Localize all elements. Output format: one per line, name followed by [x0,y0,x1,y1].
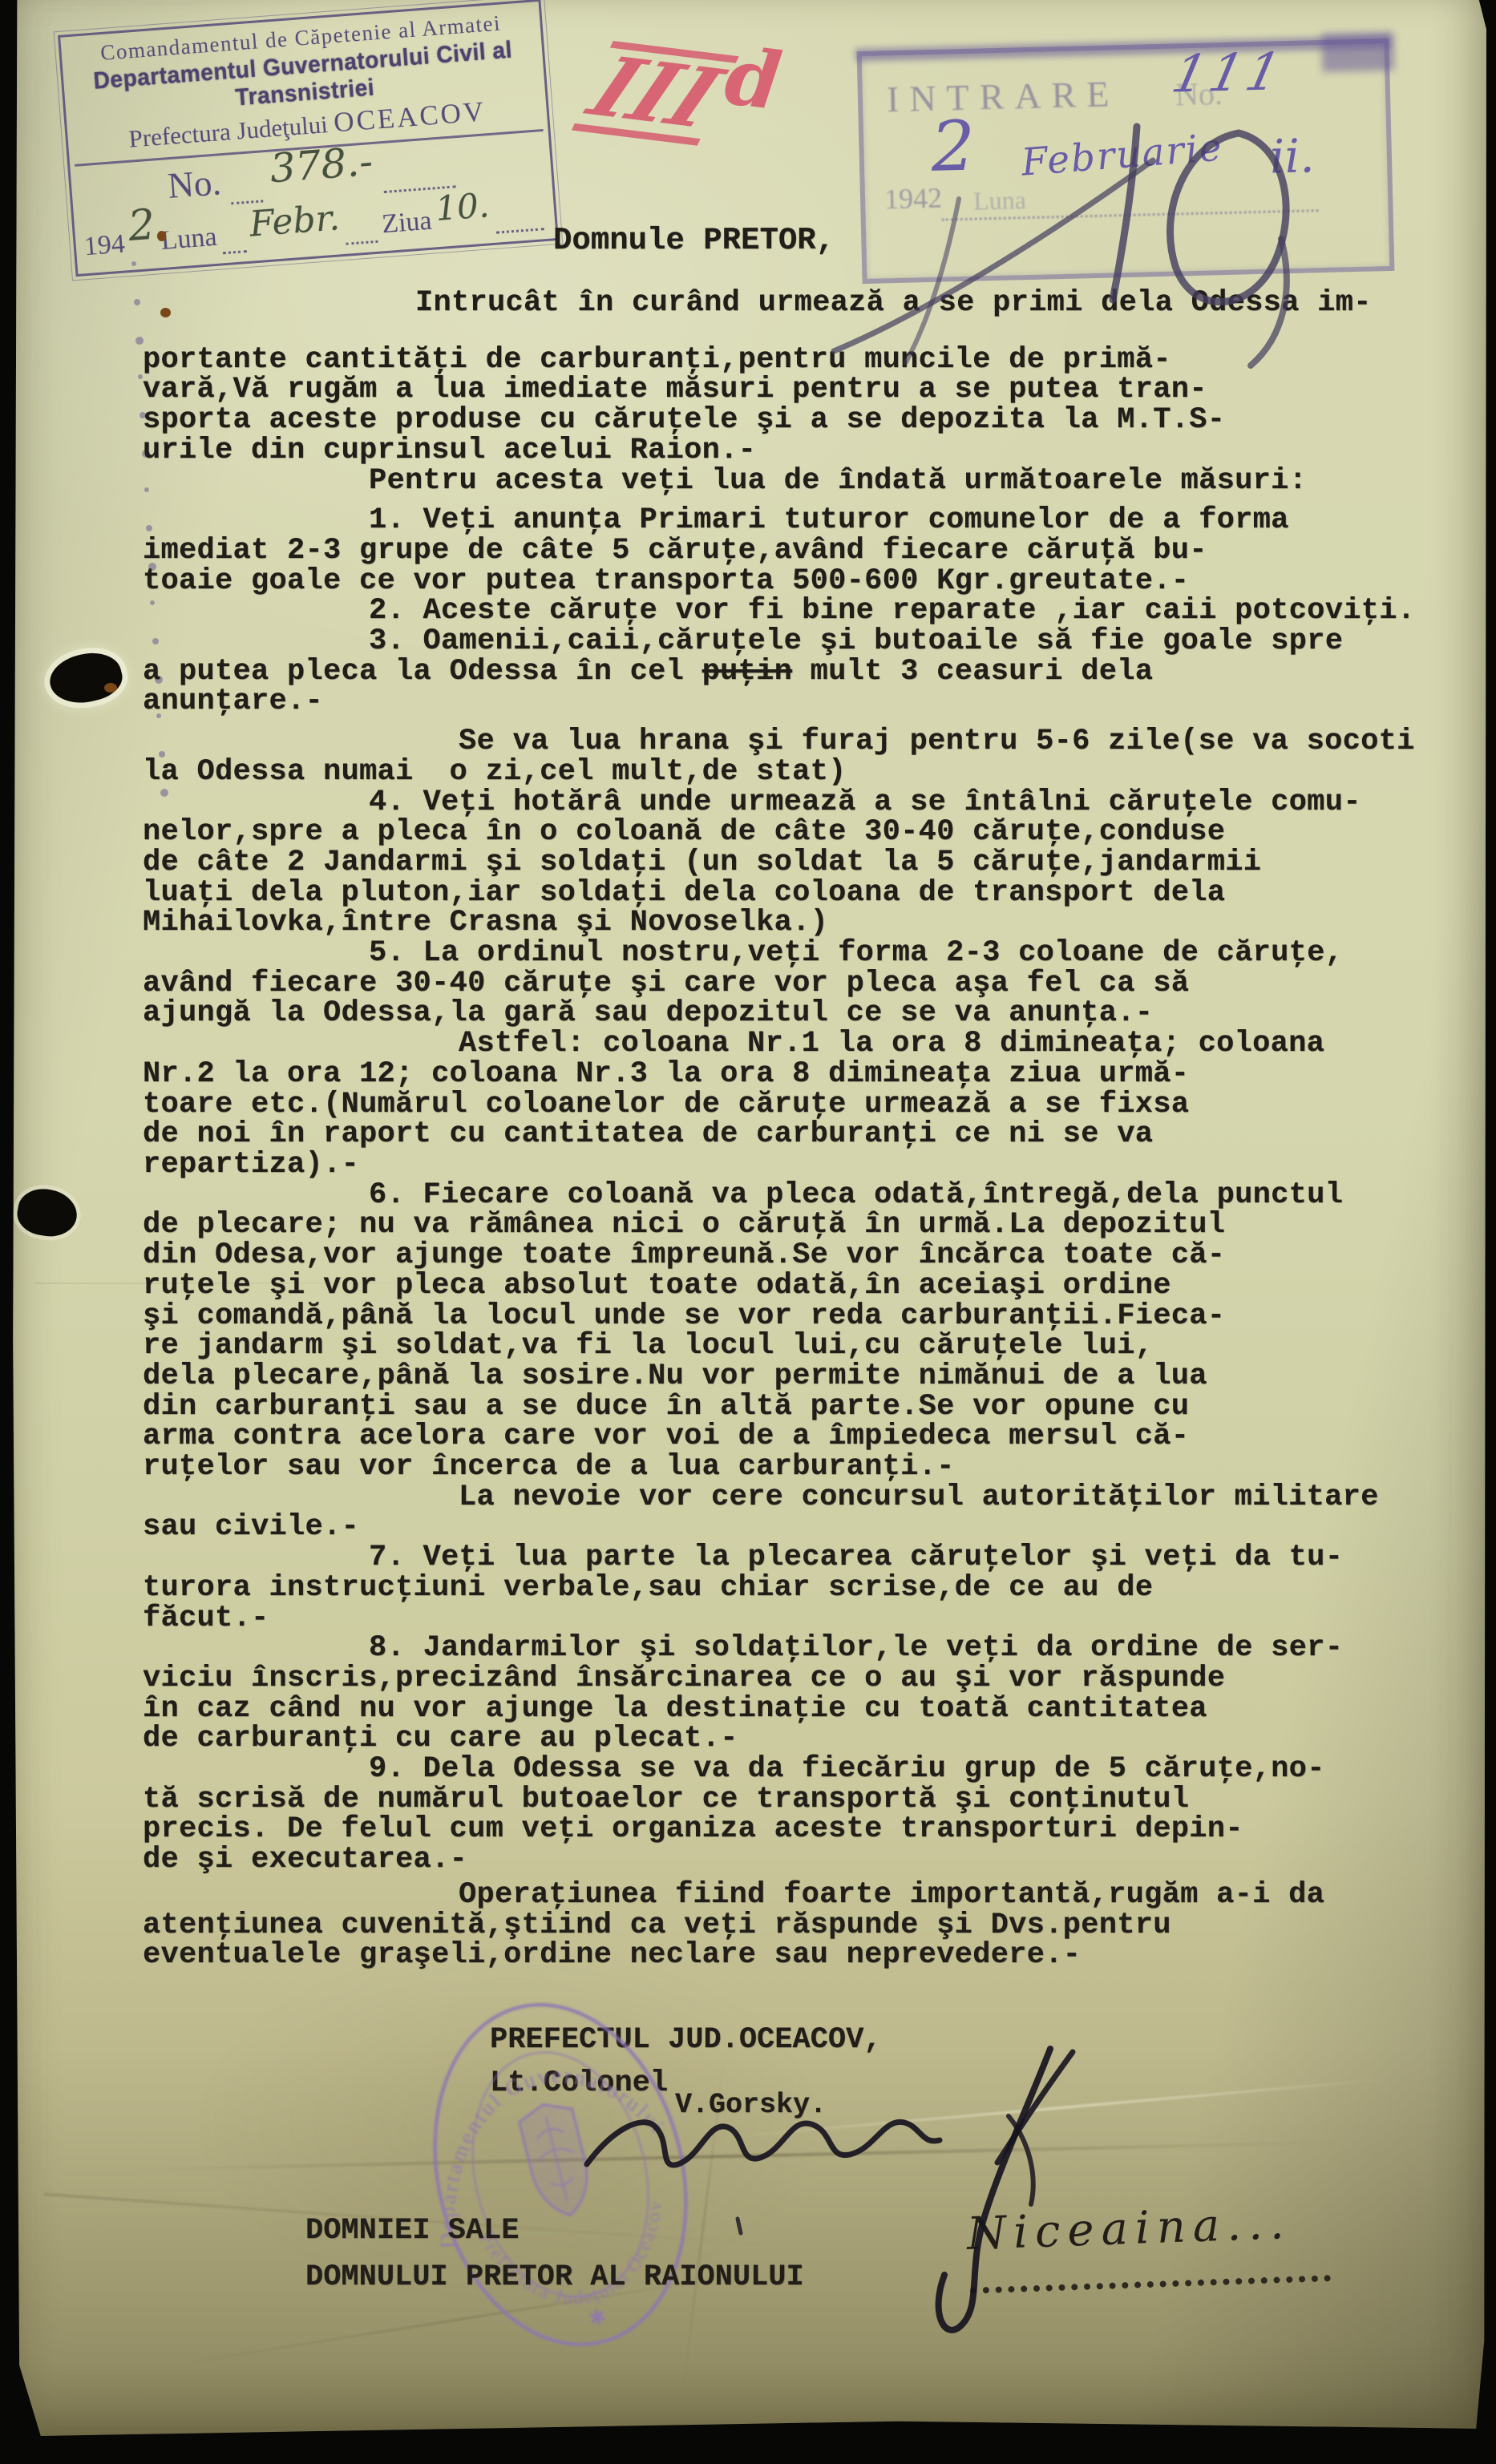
body-line: re jandarm şi soldat,va fi la locul lui,… [143,1331,1313,1362]
body-text: 4. Veţi hotărâ unde urmează a se întâlni… [369,786,1361,819]
body-line: Intrucât în curând urmează a se primi de… [143,289,1313,319]
registry-month-value: Febr. [248,197,341,244]
footer-addressee-line1: DOMNIEI SALE [305,2214,519,2248]
signature-typed-name: V.Gorsky. [675,2089,827,2121]
body-line: sporta aceste produse cu căruţele şi a s… [143,406,1313,436]
body-text: ruţele şi vor pleca absolut toate odată,… [143,1269,1171,1303]
punch-hole [14,1185,81,1241]
body-text: 2. Aceste căruţe vor fi bine reparate ,i… [369,594,1415,628]
body-text: dela plecare,până la sosire.Nu vor permi… [143,1359,1207,1393]
body-line: de carburanţi cu care au plecat.- [143,1724,1313,1755]
registry-day-value: 10. [435,185,491,228]
body-text: anunţare.- [143,685,323,718]
body-line: din carburanţi sau a se duce în altă par… [143,1392,1313,1423]
body-line: toare etc.(Numărul coloanelor de căruţe … [143,1090,1313,1121]
entry-month-handwritten: Februarie [1020,126,1224,185]
body-line: sau civile.- [143,1513,1313,1543]
body-text: urile din cuprinsul acelui Raion.- [143,434,756,467]
body-text: 1. Veţi anunţa Primari tuturor comunelor… [369,503,1289,537]
body-text: re jandarm şi soldat,va fi la locul lui,… [143,1329,1153,1363]
body-line: vară,Vă rugăm a lua imediate măsuri pent… [143,375,1313,406]
body-line: 3. Oamenii,caii,căruţele şi butoaile să … [143,627,1313,657]
punch-hole [45,646,127,710]
signature-title: PREFECTUL JUD.OCEACOV, [490,2023,881,2057]
margin-dot [134,299,140,305]
body-line: turora instrucţiuni verbale,sau chiar sc… [143,1573,1313,1604]
round-stamp-inner-text: Prefectura Judeţului Oceacov [472,2186,687,2331]
body-text: 7. Veţi lua parte la plecarea căruţelor … [369,1541,1343,1574]
signature-rank: Lt.Colonel [490,2066,668,2100]
body-text: tă scrisă de numărul butoaelor ce transp… [143,1783,1189,1816]
body-line: ajungă la Odessa,la gară sau depozitul c… [143,999,1313,1029]
scanned-document-page: Comandamentul de Căpetenie al Armatei De… [0,0,1496,2464]
body-line: imediat 2-3 grupe de câte 5 căruţe,având… [143,536,1313,567]
body-text: precis. De felul cum veţi organiza acest… [143,1812,1243,1846]
body-line: luaţi dela pluton,iar soldaţi dela coloa… [143,879,1313,909]
body-text: vară,Vă rugăm a lua imediate măsuri pent… [143,373,1207,406]
red-annotation-numeral: III [572,41,739,146]
body-text: toaie goale ce vor putea transporta 500-… [143,564,1189,598]
body-text: şi comandă,până la locul unde se vor red… [143,1299,1225,1333]
body-line: nelor,spre a pleca în o coloană de câte … [143,818,1313,848]
entry-reg-number-handwritten: 111 [1166,42,1290,105]
body-line: Nr.2 la ora 12; coloana Nr.3 la ora 8 di… [143,1060,1313,1090]
body-line: de câte 2 Jandarmi şi soldaţi (un soldat… [143,848,1313,879]
body-line: 8. Jandarmilor şi soldaţilor,le veţi da … [143,1634,1313,1664]
body-text: Nr.2 la ora 12; coloana Nr.3 la ora 8 di… [143,1057,1189,1091]
body-text: toare etc.(Numărul coloanelor de căruţe … [143,1088,1189,1121]
body-line: precis. De felul cum veţi organiza acest… [143,1815,1313,1845]
entry-suffix-handwritten: ii. [1269,128,1315,184]
body-text: de noi în raport cu cantitatea de carbur… [143,1117,1153,1151]
footer-handwritten-name: Niceaina... [966,2197,1292,2260]
body-text: Astfel: coloana Nr.1 la ora 8 dimineaţa;… [459,1027,1324,1060]
body-text: 8. Jandarmilor şi soldaţilor,le veţi da … [369,1631,1343,1665]
body-line: viciu înscris,precizând însărcinarea ce … [143,1664,1313,1695]
registry-day-label: Ziua [381,206,433,240]
body-line: 1. Veţi anunţa Primari tuturor comunelor… [143,506,1313,536]
entry-stamp: INTRARE No. 1942 Luna 111 2 Februarie ii… [857,38,1395,284]
body-text: în caz când nu vor ajunge la destinaţie … [143,1692,1207,1726]
body-text: 5. La ordinul nostru,veţi forma 2-3 colo… [369,936,1343,970]
stamp-ink-smear [1321,32,1394,72]
body-text: 3. Oamenii,caii,căruţele şi butoaile să … [369,624,1343,658]
entry-day-handwritten: 2 [930,107,976,188]
registry-year-printed: 194 [83,229,126,263]
body-text: sau civile.- [143,1510,359,1544]
body-text: portante cantităţi de carburanţi,pentru … [143,343,1171,377]
body-text: nelor,spre a pleca în o coloană de câte … [143,815,1225,849]
body-text: ruţelor sau vor încerca de a lua carbura… [143,1450,955,1484]
body-line: făcut.- [143,1604,1313,1634]
stamp-ink-smear [855,35,1390,62]
body-text: din carburanţi sau a se duce în altă par… [143,1390,1189,1424]
rust-speck [104,683,117,693]
body-line: dela plecare,până la sosire.Nu vor permi… [143,1362,1313,1392]
paper-crease [734,2078,1389,2137]
body-text: sporta aceste produse cu căruţele şi a s… [143,403,1225,437]
footer-dotted-underline [970,2275,1331,2294]
body-text: repartiza).- [143,1148,359,1182]
body-line: 2. Aceste căruţe vor fi bine reparate ,i… [143,596,1313,627]
body-line: Mihailovka,între Crasna şi Novoselka.) [143,908,1313,939]
body-line: la Odessa numai o zi,cel mult,de stat) [143,757,1313,788]
body-text: 9. Dela Odessa se va da fiecăriu grup de… [369,1752,1325,1786]
body-line: atenţiunea cuvenită,ştiind ca veţi răspu… [143,1911,1313,1941]
body-text: a putea pleca la Odessa în cel [143,655,702,689]
body-text: la Odessa numai o zi,cel mult,de stat) [143,755,847,789]
body-line: Se va lua hrana şi furaj pentru 5-6 zile… [143,727,1313,757]
body-text: eventualele graşeli,ordine neclare sau n… [143,1938,1081,1972]
body-text: Se va lua hrana şi furaj pentru 5-6 zile… [459,725,1415,758]
body-text: de plecare; nu va rămânea nici o căruţă … [143,1208,1225,1242]
body-line: în caz când nu vor ajunge la destinaţie … [143,1695,1313,1725]
body-text: Pentru acesta veţi lua de îndată următoa… [369,464,1307,498]
body-line: 9. Dela Odessa se va da fiecăriu grup de… [143,1755,1313,1785]
body-line: repartiza).- [143,1150,1313,1181]
body-text: luaţi dela pluton,iar soldaţi dela coloa… [143,876,1225,910]
body-text: de şi executarea.- [143,1843,467,1876]
registry-stamp: Comandamentul de Căpetenie al Armatei De… [58,0,559,277]
body-line: urile din cuprinsul acelui Raion.- [143,436,1313,467]
red-annotation-letter: d [721,30,786,128]
body-text: Mihailovka,între Crasna şi Novoselka.) [143,906,828,939]
body-line: având fiecare 30-40 căruţe şi care vor p… [143,969,1313,1000]
body-line: arma contra acelora care vor voi de a îm… [143,1422,1313,1452]
body-text: de carburanţi cu care au plecat.- [143,1722,738,1755]
body-text: de câte 2 Jandarmi şi soldaţi (un soldat… [143,846,1261,879]
paper-sheet: Comandamentul de Căpetenie al Armatei De… [11,0,1486,2438]
body-text: din Odesa,vor ajunge toate împreună.Se v… [143,1238,1225,1272]
struck-word: puţin [702,655,793,689]
body-text: mult 3 ceasuri dela [792,655,1153,689]
body-line: de noi în raport cu cantitatea de carbur… [143,1120,1313,1150]
body-line: de plecare; nu va rămânea nici o căruţă … [143,1210,1313,1241]
body-text: viciu înscris,precizând însărcinarea ce … [143,1662,1225,1695]
registry-no-label: No. [167,162,223,206]
body-text: având fiecare 30-40 căruţe şi care vor p… [143,967,1189,1000]
body-line: ruţele şi vor pleca absolut toate odată,… [143,1271,1313,1302]
body-line: portante cantităţi de carburanţi,pentru … [143,345,1313,376]
paper-crease [131,2141,1334,2171]
body-line: eventualele graşeli,ordine neclare sau n… [143,1941,1313,1971]
body-line: 4. Veţi hotărâ unde urmează a se întâlni… [143,788,1313,818]
body-line: ruţelor sau vor încerca de a lua carbura… [143,1452,1313,1483]
footer-addressee-line2: DOMNULUI PRETOR AL RAIONULUI [305,2260,804,2294]
margin-dot [138,374,143,379]
round-stamp-star: ✱ [586,2304,609,2331]
body-line: Operaţiunea fiind foarte importantă,rugă… [143,1880,1313,1911]
registry-month-label: Luna [160,222,218,256]
body-text: 6. Fiecare coloană va pleca odată,întreg… [369,1178,1343,1212]
rust-speck [157,231,166,241]
body-text: La nevoie vor cere concursul autorităţil… [459,1480,1379,1514]
body-line: 7. Veţi lua parte la plecarea căruţelor … [143,1543,1313,1573]
body-line: 6. Fiecare coloană va pleca odată,întreg… [143,1181,1313,1211]
body-text: arma contra acelora care vor voi de a îm… [143,1420,1189,1453]
entry-stamp-title: INTRARE [886,72,1120,120]
body-line: toaie goale ce vor putea transporta 500-… [143,567,1313,597]
body-line: Pentru acesta veţi lua de îndată următoa… [143,467,1313,497]
body-line: a putea pleca la Odessa în cel puţin mul… [143,657,1313,688]
registry-no-value: 378.- [269,138,374,192]
body-line: 5. La ordinul nostru,veţi forma 2-3 colo… [143,939,1313,969]
salutation: Domnule PRETOR, [553,223,835,258]
body-text: ajungă la Odessa,la gară sau depozitul c… [143,996,1153,1030]
letter-body: Intrucât în curând urmează a se primi de… [143,289,1313,1971]
body-line: tă scrisă de numărul butoaelor ce transp… [143,1785,1313,1816]
body-line: şi comandă,până la locul unde se vor red… [143,1302,1313,1332]
body-line: din Odesa,vor ajunge toate împreună.Se v… [143,1241,1313,1271]
red-crayon-annotation: IIId [587,39,778,156]
body-line: Astfel: coloana Nr.1 la ora 8 dimineaţa;… [143,1029,1313,1060]
body-text: imediat 2-3 grupe de câte 5 căruţe,având… [143,534,1207,568]
body-text: Operaţiunea fiind foarte importantă,rugă… [459,1878,1324,1912]
registry-year-handwritten: 2 [127,201,156,251]
body-line: La nevoie vor cere concursul autorităţil… [143,1483,1313,1513]
entry-stamp-month-label: Luna [973,185,1027,216]
margin-dot [131,261,136,266]
body-text: turora instrucţiuni verbale,sau chiar sc… [143,1571,1153,1605]
body-text: atenţiunea cuvenită,ştiind ca veţi răspu… [143,1909,1171,1942]
body-line: anunţare.- [143,687,1313,717]
svg-text:Prefectura Judeţului Oceacov: Prefectura Judeţului Oceacov [472,2186,687,2331]
body-text: Intrucât în curând urmează a se primi de… [415,286,1372,320]
body-text: făcut.- [143,1602,269,1635]
body-line: de şi executarea.- [143,1845,1313,1876]
